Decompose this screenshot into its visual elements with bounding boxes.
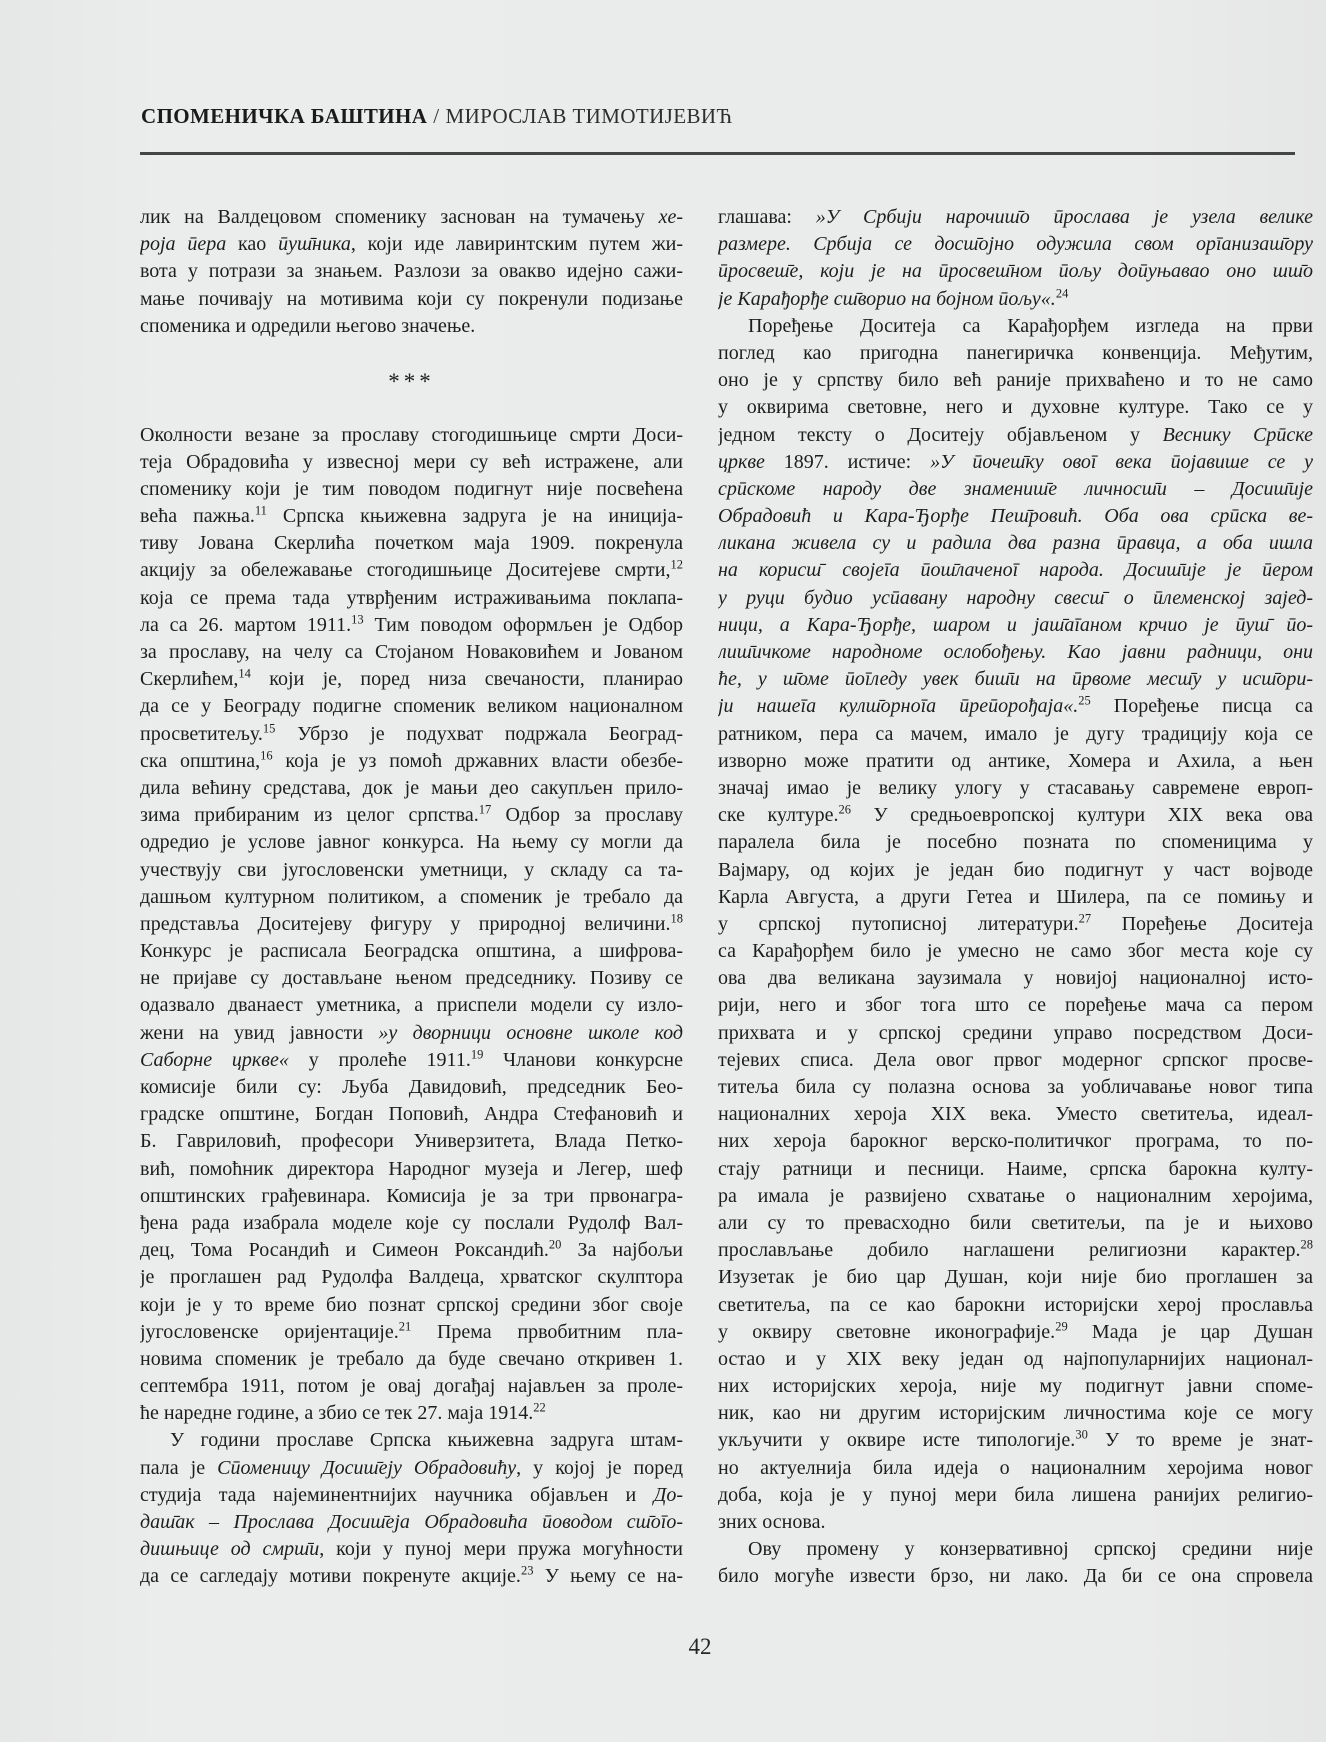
text-line: ратником, пера са мачем, имало је дугу т… (718, 721, 1313, 748)
text-line: ће наредне године, а збио се тек 27. мај… (140, 1400, 683, 1427)
text-line: било могуће извести брзо, ни лако. Да би… (718, 1563, 1313, 1590)
text-line: роја ūера као ūуш̄ника, који иде лавирин… (140, 231, 683, 258)
text-line: Поређење Доситеја са Карађорђем изгледа … (718, 313, 1313, 340)
text-line: ликана живела су и радила два разна ūрав… (718, 530, 1313, 557)
text-line: дец, Тома Росандић и Симеон Роксандић.20… (140, 1237, 683, 1264)
text-line: у српској путописној литератури.27 Поређ… (718, 911, 1313, 938)
scanned-page: СПОМЕНИЧКА БАШТИНА/МИРОСЛАВ ТИМОТИЈЕВИЋ … (0, 0, 1326, 1742)
text-line: представља Доситејеву фигуру у природној… (140, 911, 683, 938)
text-line: прихвата и у српској средини управо поср… (718, 1020, 1313, 1047)
text-line: Изузетак је био цар Душан, који није био… (718, 1264, 1313, 1291)
text-line: стају ратници и песници. Наиме, српска б… (718, 1156, 1313, 1183)
text-line: у оквирима световне, него и духовне култ… (718, 394, 1313, 421)
text-line: комисије били су: Љуба Давидовић, предсе… (140, 1074, 683, 1101)
text-line (140, 394, 683, 421)
text-line: ска општина,16 која је уз помоћ државних… (140, 748, 683, 775)
text-line: дила већину средстава, док је мањи део с… (140, 775, 683, 802)
text-line: поглед као пригодна панегиричка конвенци… (718, 340, 1313, 367)
text-line: једном тексту о Доситеју објављеном у Ве… (718, 422, 1313, 449)
text-line: ова два великана заузимала у новијој нац… (718, 965, 1313, 992)
text-line: студија тада најеминентнијих научника об… (140, 1482, 683, 1509)
text-line: вота у потрази за знањем. Разлози за ова… (140, 258, 683, 285)
text-line: остао и у XIX веку један од најпопуларни… (718, 1346, 1313, 1373)
text-line: светитеља, па се као барокни историјски … (718, 1292, 1313, 1319)
text-line: ници, а Кара-Ђорђе, шаром и јаш̄аīаном к… (718, 612, 1313, 639)
text-line: већа пажња.11 Српска књижевна задруга је… (140, 503, 683, 530)
text-line: градске општине, Богдан Поповић, Андра С… (140, 1101, 683, 1128)
text-line: лик на Валдецовом споменику заснован на … (140, 204, 683, 231)
text-line: је проглашен рад Рудолфа Валдеца, хрватс… (140, 1264, 683, 1291)
text-line: оно је у српству било већ раније прихваћ… (718, 367, 1313, 394)
running-head: СПОМЕНИЧКА БАШТИНА/МИРОСЛАВ ТИМОТИЈЕВИЋ (141, 104, 732, 129)
text-line: Околности везане за прославу стогодишњиц… (140, 422, 683, 449)
text-line: ла са 26. мартом 1911.13 Тим поводом офо… (140, 612, 683, 639)
text-line: зних основа. (718, 1509, 1313, 1536)
text-line: Обрадовић и Кара-Ђорђе Пеш̄ровић. Оба ов… (718, 503, 1313, 530)
text-line: која се према тада утврђеним истраживањи… (140, 585, 683, 612)
text-line: рији, него и због тога што се поређење м… (718, 992, 1313, 1019)
text-line: них хероја барокног верско-политичког пр… (718, 1128, 1313, 1155)
text-line: споменику који је тим поводом подигнут н… (140, 476, 683, 503)
text-line: зима прибираним из целог српства.17 Одбо… (140, 802, 683, 829)
text-line: лиш̄ичкоме народноме ослобођењу. Као јав… (718, 639, 1313, 666)
text-line: но актуелнија била идеја о националним х… (718, 1455, 1313, 1482)
header-separator: / (427, 104, 445, 128)
text-line: са Карађорђем било је умесно не само збо… (718, 938, 1313, 965)
text-line: жени на увид јавности »у дворници основн… (140, 1020, 683, 1047)
text-line: је Карађорђе сш̄ворио на бојном ūољу«.24 (718, 286, 1313, 313)
text-line: них историјских хероја, није му подигнут… (718, 1373, 1313, 1400)
text-line: у оквиру световне иконографије.29 Мада ј… (718, 1319, 1313, 1346)
text-line: учествују сви југословенски уметници, у … (140, 857, 683, 884)
text-line: југословенске оријентације.21 Према прво… (140, 1319, 683, 1346)
section-title: СПОМЕНИЧКА БАШТИНА (141, 104, 427, 128)
text-line: ра имала је развијено схватање о национа… (718, 1183, 1313, 1210)
page-number: 42 (140, 1634, 1260, 1660)
author-name: МИРОСЛАВ ТИМОТИЈЕВИЋ (446, 104, 733, 128)
text-line: Ову промену у конзервативној српској сре… (718, 1536, 1313, 1563)
text-line: прослављање добило наглашени религиозни … (718, 1237, 1313, 1264)
text-line: у руци будио усūавану народну свесш̄ о ū… (718, 585, 1313, 612)
text-line: даш̄ак – Прослава Досиш̄еја Обрадовића ū… (140, 1509, 683, 1536)
text-line: размере. Србија се досш̄ојно одужила сво… (718, 231, 1313, 258)
text-line: доба, која је у пуној мери била лишена р… (718, 1482, 1313, 1509)
text-line: У години прославе Српска књижевна задруг… (140, 1427, 683, 1454)
text-line: титеља била су полазна основа за уоблича… (718, 1074, 1313, 1101)
text-line: значај имао је велику улогу у стасавању … (718, 775, 1313, 802)
text-line: Саборне цркве« у пролеће 1911.19 Чланови… (140, 1047, 683, 1074)
text-line: ске културе.26 У средњоевропској култури… (718, 802, 1313, 829)
text-line: на корисш̄ својеīа ūош̄лаченоī народа. Д… (718, 557, 1313, 584)
text-line: паралела била је посебно позната по спом… (718, 829, 1313, 856)
text-line: националних хероја XIX века. Уместо свет… (718, 1101, 1313, 1128)
text-line: тејевих списа. Дела овог првог модерног … (718, 1047, 1313, 1074)
text-line: пала је Сūоменицу Досиш̄еју Обрадовићу, … (140, 1455, 683, 1482)
text-line: укључити у оквире исте типологије.30 У т… (718, 1427, 1313, 1454)
text-line: ђена рада изабрала моделе које су послал… (140, 1210, 683, 1237)
text-line: изворно може пратити од антике, Хомера и… (718, 748, 1313, 775)
text-line: срūскоме народу две знамениш̄е личносш̄и… (718, 476, 1313, 503)
text-line: теја Обрадовића у извесној мери су већ и… (140, 449, 683, 476)
text-line: Конкурс је расписала Београдска општина,… (140, 938, 683, 965)
text-line: септембра 1911, потом је овај догађај на… (140, 1373, 683, 1400)
text-line: ји нашеīа кулш̄орноīа ūреūорођаја«.25 По… (718, 693, 1313, 720)
text-line: цркве 1897. истиче: »У ūочеш̄ку овоī век… (718, 449, 1313, 476)
text-line: акцију за обележавање стогодишњице Досит… (140, 557, 683, 584)
text-line: који је у то време био познат српској ср… (140, 1292, 683, 1319)
text-line: не пријаве су достављане њеном председни… (140, 965, 683, 992)
text-line: да се сагледају мотиви покренуте акције.… (140, 1563, 683, 1590)
text-line: ūросвеш̄е, који је на ūросвеш̄ном ūољу д… (718, 258, 1313, 285)
text-line: новима споменик је требало да буде свеча… (140, 1346, 683, 1373)
text-line: општинских грађевинара. Комисија је за т… (140, 1183, 683, 1210)
text-line (140, 340, 683, 367)
text-line: тиву Јована Скерлића почетком маја 1909.… (140, 530, 683, 557)
text-line: одредио је услове јавног конкурса. На ње… (140, 829, 683, 856)
header-rule (140, 152, 1295, 155)
text-line: вић, помоћник директора Народног музеја … (140, 1156, 683, 1183)
text-line: Скерлићем,14 који је, поред низа свечано… (140, 666, 683, 693)
text-line: али су то превасходно били светитељи, па… (718, 1210, 1313, 1237)
text-line: ће, у ш̄оме ūоīледу увек биш̄и на ūрвоме… (718, 666, 1313, 693)
text-line: одазвало дванаест уметника, а приспели м… (140, 992, 683, 1019)
text-line: мање почивају на мотивима који су покрен… (140, 286, 683, 313)
text-line: просветитељу.15 Убрзо је подухват подржа… (140, 721, 683, 748)
text-line: да се у Београду подигне споменик велико… (140, 693, 683, 720)
right-column: глашава: »У Србији нарочиш̄о ūрослава је… (718, 204, 1313, 1591)
text-line: *** (140, 367, 683, 394)
text-line: глашава: »У Србији нарочиш̄о ūрослава је… (718, 204, 1313, 231)
text-line: за прославу, на челу са Стојаном Новаков… (140, 639, 683, 666)
left-column: лик на Валдецовом споменику заснован на … (140, 204, 683, 1591)
text-line: дишњице од смрш̄и, који у пуној мери пру… (140, 1536, 683, 1563)
text-line: Вајмару, од којих је један био подигнут … (718, 857, 1313, 884)
text-line: Б. Гавриловић, професори Универзитета, В… (140, 1128, 683, 1155)
text-line: ник, као ни другим историјским личностим… (718, 1400, 1313, 1427)
text-line: споменика и одредили његово значење. (140, 313, 683, 340)
text-line: Карла Августа, а други Гетеа и Шилера, п… (718, 884, 1313, 911)
text-line: дашњом културном политиком, а споменик ј… (140, 884, 683, 911)
